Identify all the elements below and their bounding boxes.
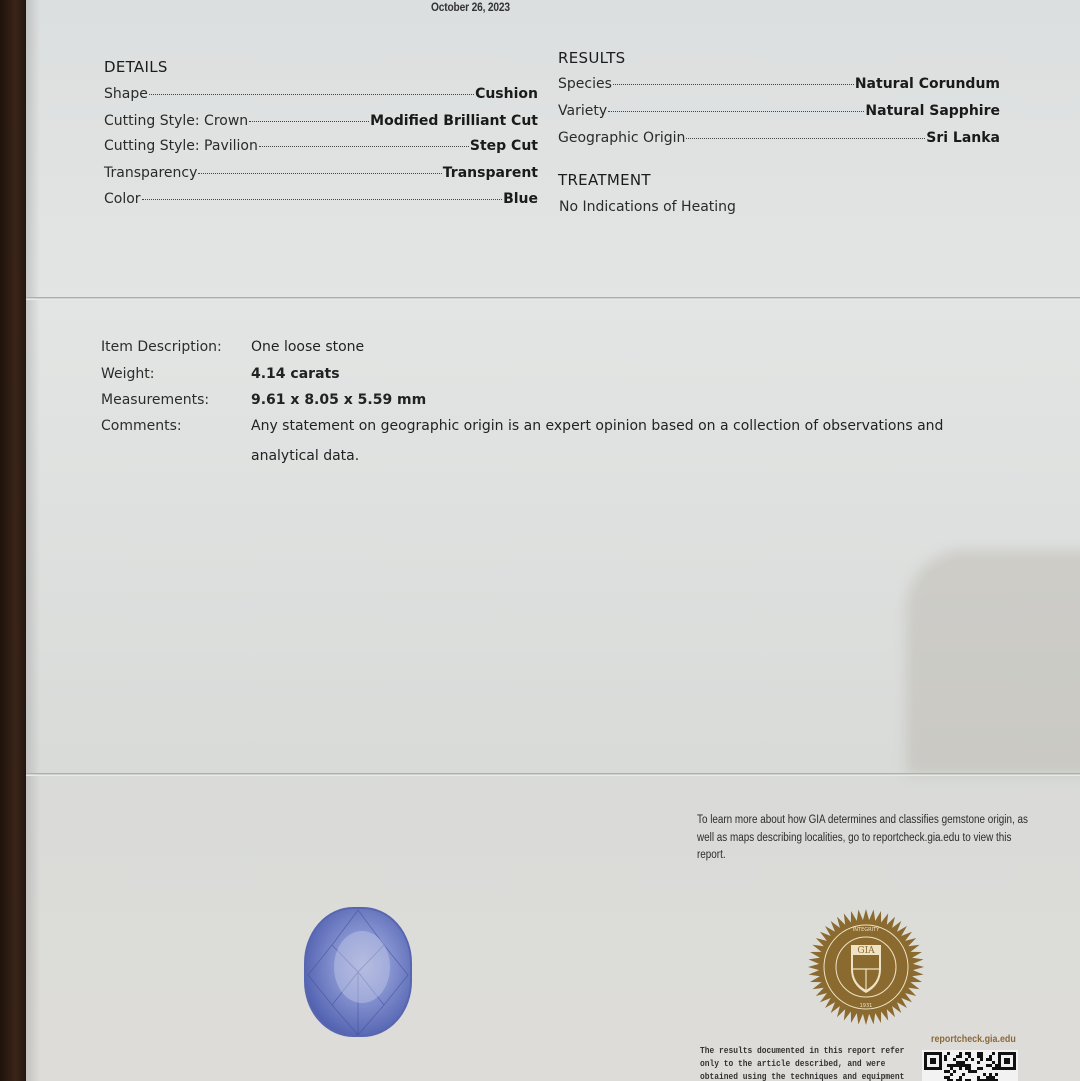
results-value: Sri Lanka [926, 130, 1000, 146]
details-row: Transparency Transparent [104, 165, 538, 181]
details-row: Cutting Style: Crown Modified Brilliant … [104, 113, 538, 129]
details-row: ColorBlue [104, 191, 538, 207]
details-label: Cutting Style: Pavilion [104, 138, 258, 154]
qr-code-icon[interactable] [922, 1050, 1018, 1081]
leader-dots [686, 137, 925, 139]
svg-text:INTEGRITY: INTEGRITY [853, 927, 880, 933]
svg-text:GIA: GIA [857, 946, 875, 956]
details-heading: DETAILS [104, 58, 168, 76]
report-date: October 26, 2023 [431, 0, 510, 14]
leader-dots [259, 145, 469, 147]
measurements-value: 9.61 x 8.05 x 5.59 mm [251, 392, 426, 408]
results-value: Natural Sapphire [865, 103, 1000, 119]
details-label: Shape [104, 86, 148, 102]
details-value: Modified Brilliant Cut [370, 113, 538, 129]
leader-dots [142, 198, 503, 200]
measurements-label: Measurements: [101, 392, 209, 408]
results-label: Variety [558, 103, 607, 119]
results-row: VarietyNatural Sapphire [558, 103, 1000, 119]
details-label: Color [104, 191, 141, 207]
treatment-value: No Indications of Heating [559, 199, 736, 215]
sapphire-photo [302, 905, 417, 1040]
fold-line [26, 297, 1080, 300]
results-value: Natural Corundum [855, 76, 1000, 92]
leader-dots [249, 120, 369, 122]
learn-more-text: To learn more about how GIA determines a… [697, 812, 1028, 865]
details-row: ShapeCushion [104, 86, 538, 102]
weight-value: 4.14 carats [251, 366, 340, 382]
results-row: SpeciesNatural Corundum [558, 76, 1000, 92]
details-value: Blue [503, 191, 538, 207]
leader-dots [198, 172, 441, 174]
weight-label: Weight: [101, 366, 155, 382]
details-label: Cutting Style: Crown [104, 113, 248, 129]
gia-report-document: October 26, 2023 DETAILS ShapeCushionCut… [26, 0, 1080, 1081]
details-value: Cushion [475, 86, 538, 102]
details-value: Step Cut [470, 138, 538, 154]
leader-dots [608, 110, 864, 112]
disclaimer-text: The results documented in this report re… [700, 1045, 924, 1081]
svg-text:1931: 1931 [860, 1003, 873, 1009]
leader-dots [149, 93, 474, 95]
details-row: Cutting Style: Pavilion Step Cut [104, 138, 538, 154]
comments-label: Comments: [101, 418, 182, 434]
results-heading: RESULTS [558, 49, 625, 67]
details-label: Transparency [104, 165, 197, 181]
results-label: Geographic Origin [558, 130, 685, 146]
item-description-label: Item Description: [101, 339, 222, 355]
item-description-value: One loose stone [251, 339, 364, 355]
results-label: Species [558, 76, 612, 92]
leader-dots [613, 83, 854, 85]
fold-line [26, 773, 1080, 776]
reportcheck-link[interactable]: reportcheck.gia.edu [931, 1033, 1016, 1045]
results-row: Geographic Origin Sri Lanka [558, 130, 1000, 146]
gia-seal-icon: GIA INTEGRITY 1931 [806, 907, 926, 1027]
shadow [906, 550, 1080, 775]
details-value: Transparent [443, 165, 538, 181]
table-surface [0, 0, 26, 1081]
treatment-heading: TREATMENT [558, 171, 651, 189]
comments-value: Any statement on geographic origin is an… [251, 411, 1011, 471]
